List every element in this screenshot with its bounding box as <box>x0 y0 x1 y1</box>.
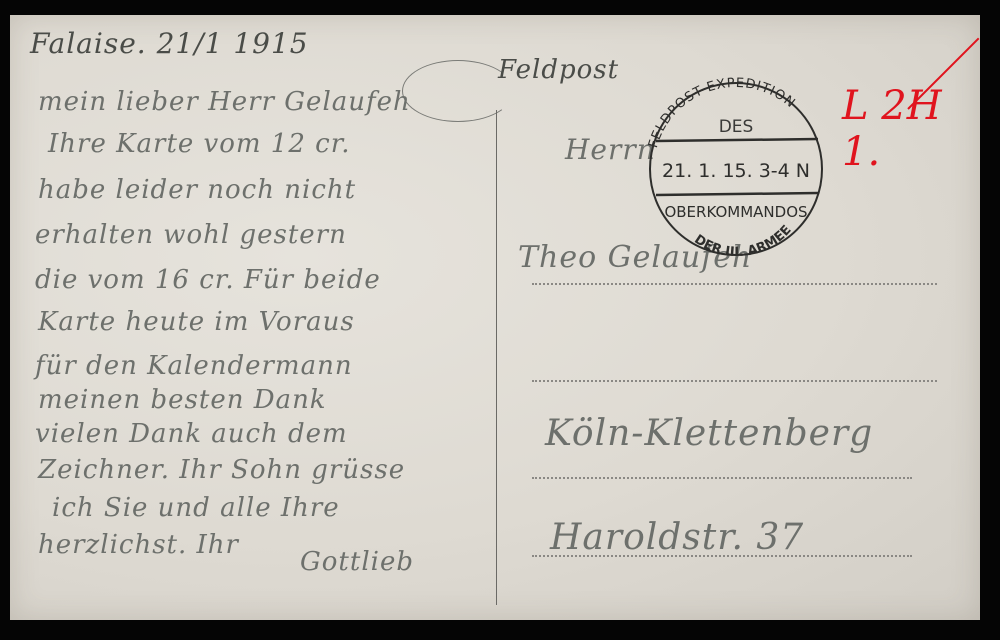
message-line: erhalten wohl gestern <box>35 220 347 250</box>
svg-text:DES: DES <box>719 117 754 137</box>
address-street: Haroldstr. 37 <box>550 517 804 558</box>
red-annotation: L 2H 1. <box>842 83 980 175</box>
message-line: Ihre Karte vom 12 cr. <box>48 129 351 159</box>
svg-text:21. 1. 15. 3-4 N: 21. 1. 15. 3-4 N <box>662 160 810 182</box>
postmark-circle-icon: FELDPOST-EXPEDITION DES 21. 1. 15. 3-4 N… <box>632 77 838 257</box>
address-line-4 <box>532 555 912 557</box>
address-header: Feldpost <box>498 55 619 85</box>
message-line: herzlichst. Ihr <box>38 530 239 560</box>
postcard-back: Falaise. 21/1 1915 mein lieber Herr Gela… <box>10 15 980 620</box>
message-line: meinen besten Dank <box>38 385 327 415</box>
signature: Gottlieb <box>300 547 414 577</box>
message-line: Zeichner. Ihr Sohn grüsse <box>38 455 405 485</box>
message-line: ich Sie und alle Ihre <box>52 493 340 523</box>
message-line: habe leider noch nicht <box>38 175 356 205</box>
address-line-3 <box>532 477 912 479</box>
message-line: die vom 16 cr. Für beide <box>35 265 381 295</box>
dateline: Falaise. 21/1 1915 <box>30 27 309 60</box>
svg-text:DER III. ARMEE: DER III. ARMEE <box>691 223 794 257</box>
address-line-1 <box>532 283 937 285</box>
center-divider <box>496 110 497 605</box>
address-line-2 <box>532 380 937 382</box>
address-city: Köln-Klettenberg <box>545 413 873 454</box>
svg-text:OBERKOMMANDOS: OBERKOMMANDOS <box>664 203 807 221</box>
postmark: FELDPOST-EXPEDITION DES 21. 1. 15. 3-4 N… <box>632 77 838 257</box>
message-line: für den Kalendermann <box>35 351 353 381</box>
message-line: mein lieber Herr Gelaufeh <box>38 87 411 117</box>
message-line: vielen Dank auch dem <box>35 419 348 449</box>
message-line: Karte heute im Voraus <box>38 307 355 337</box>
